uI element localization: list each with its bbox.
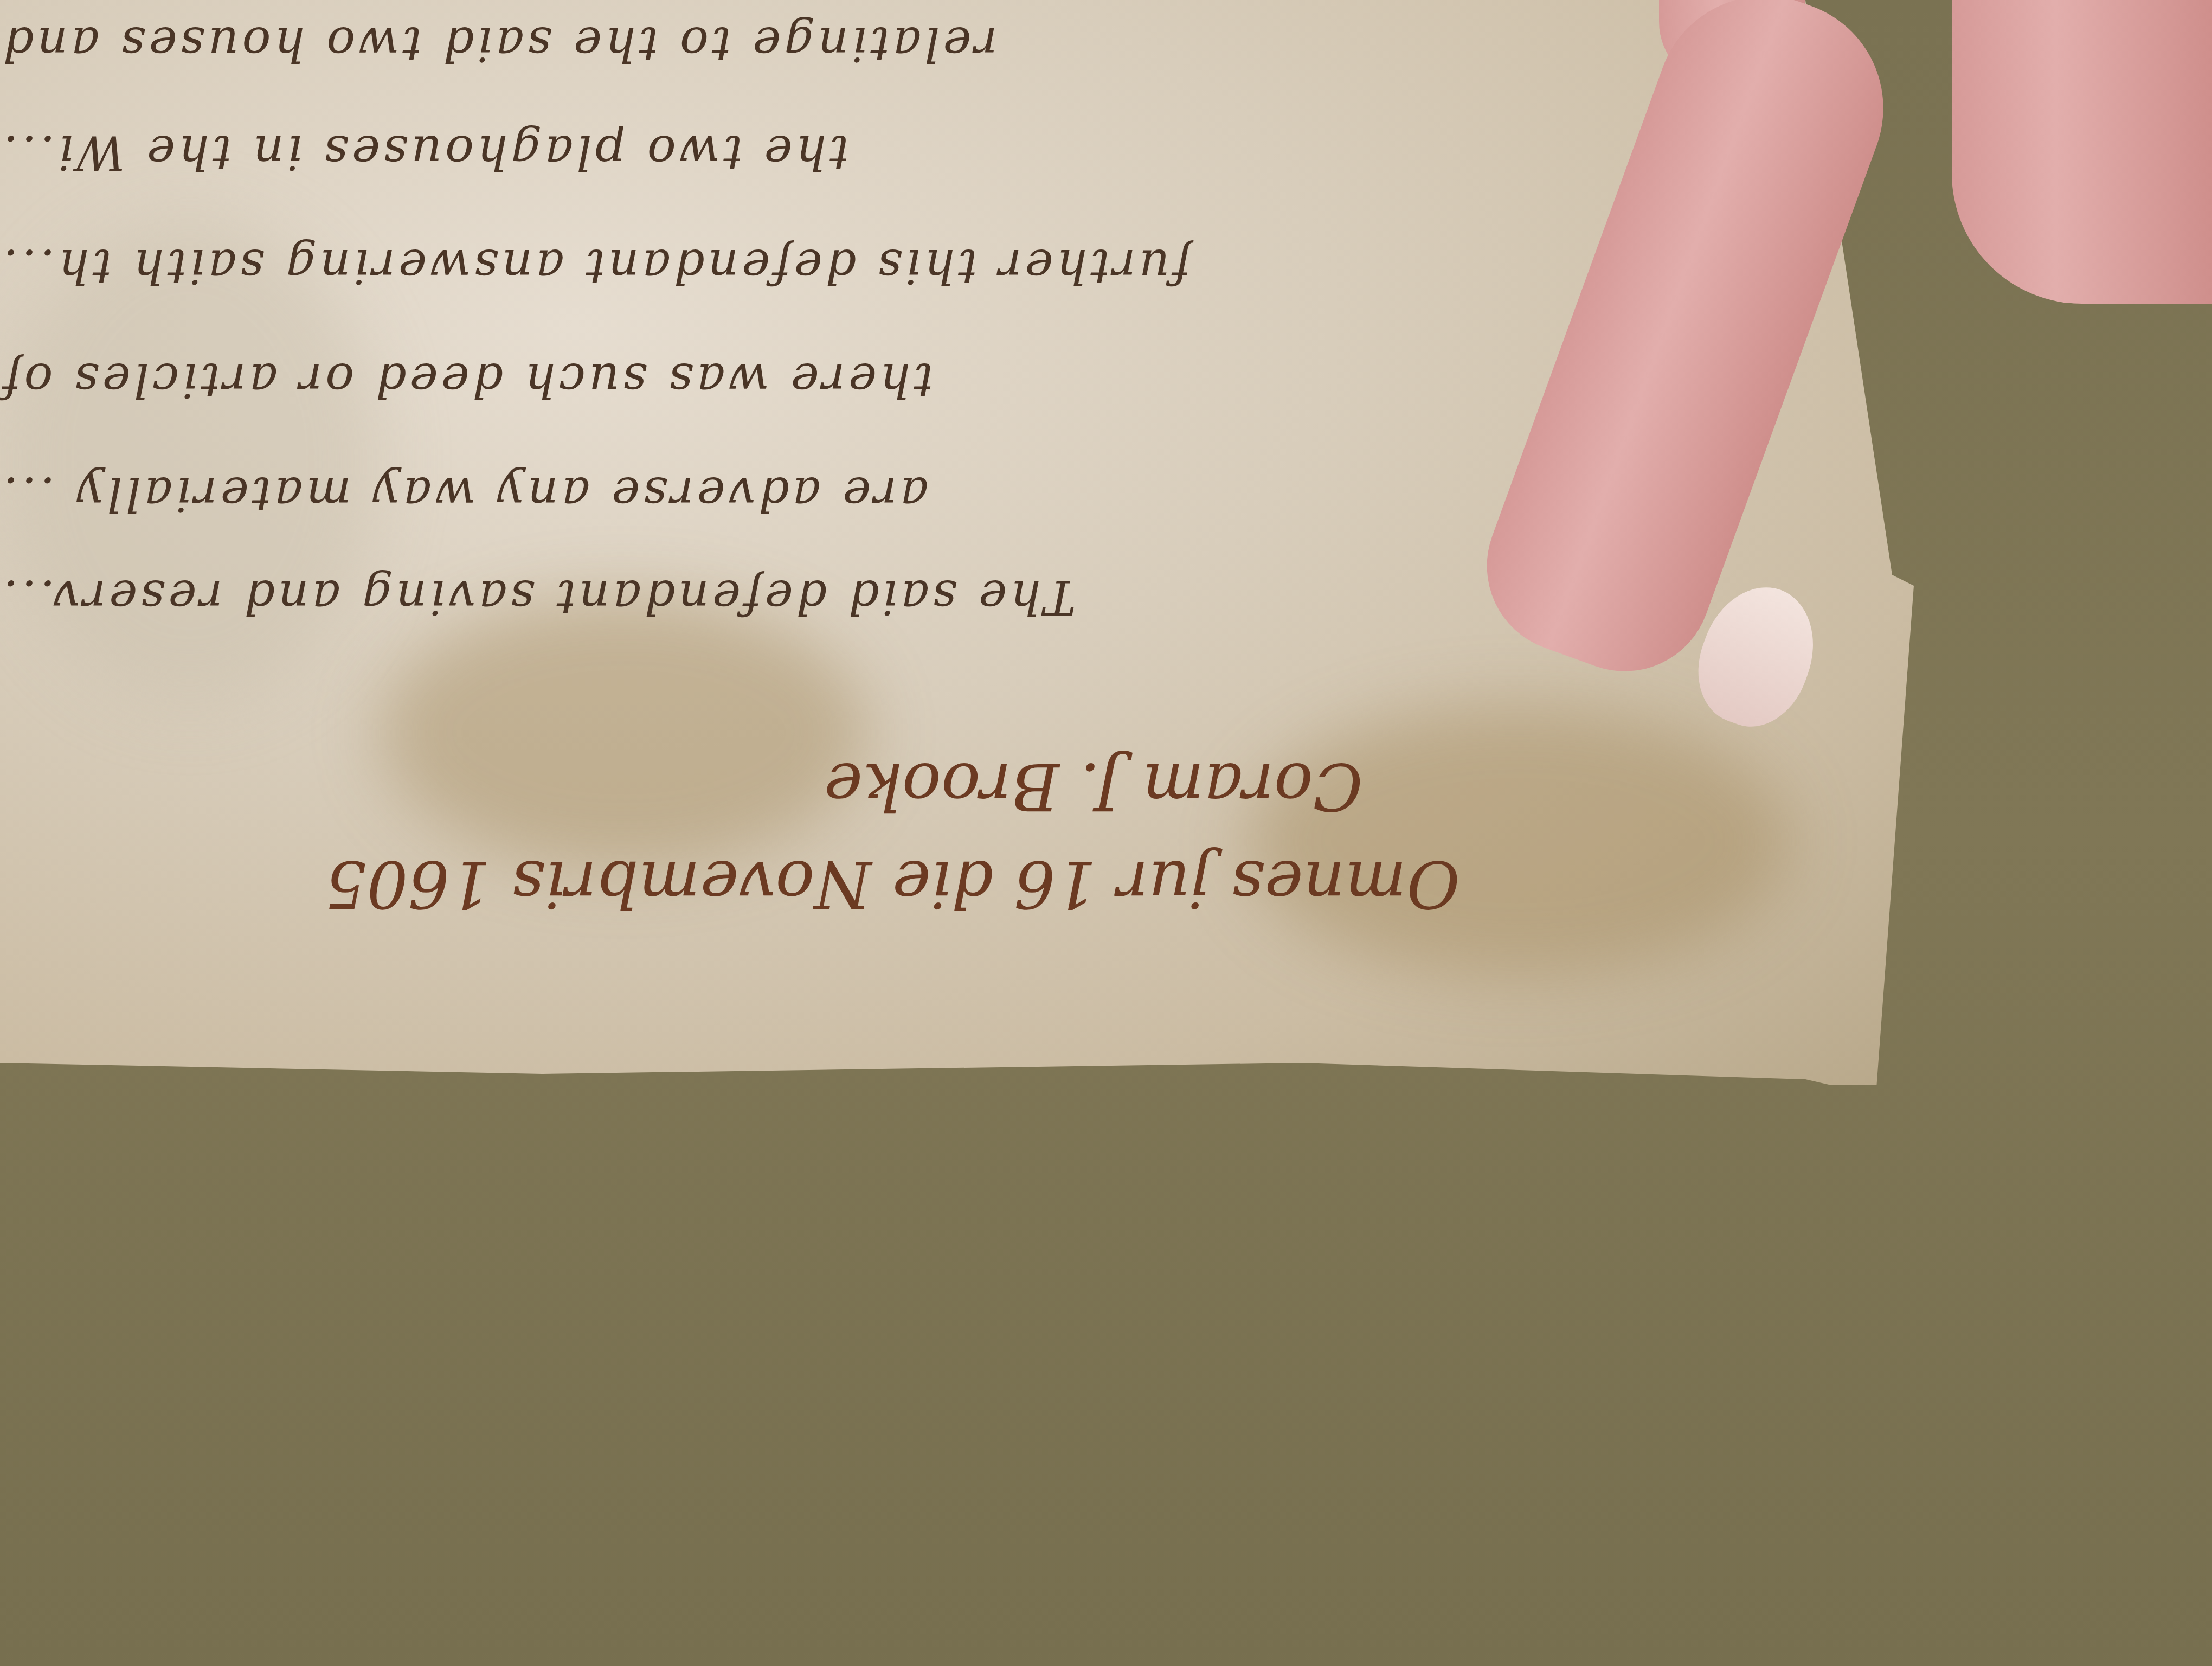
text-line: The said defendant saving and reserv... bbox=[0, 569, 1076, 625]
text-line: relatinge to the said two houses and bbox=[0, 16, 998, 72]
text-line: further this defendant answering saith t… bbox=[0, 239, 1191, 294]
date-line: Omnes jur 16 die Novembris 1605 bbox=[325, 846, 1460, 921]
stain bbox=[380, 597, 867, 868]
hand bbox=[1659, 0, 2212, 738]
palm bbox=[1952, 0, 2212, 304]
text-line: there was such deed or articles of bbox=[0, 353, 933, 408]
stain bbox=[1247, 705, 1789, 976]
text-line: the two plaghouses in the Wi... bbox=[0, 125, 849, 181]
witness-line: Coram J. Brooke bbox=[824, 748, 1363, 824]
text-line: are adverse any way materially ... bbox=[0, 466, 929, 522]
